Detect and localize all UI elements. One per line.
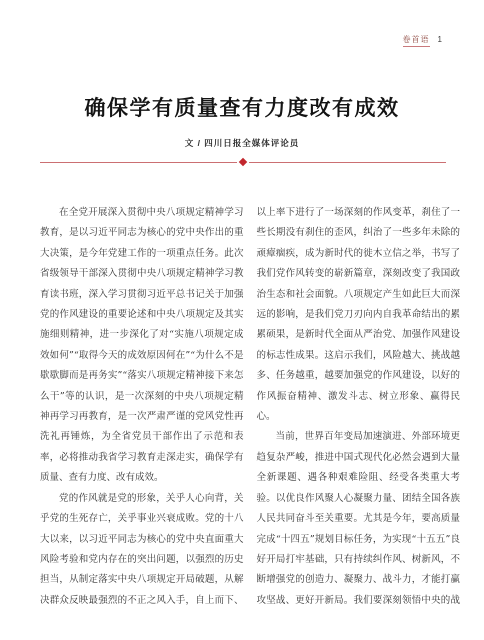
paragraph: 在全党开展深入贯彻中央八项规定精神学习教育，是以习近平同志为核心的党中央作出的重… bbox=[40, 203, 244, 489]
section-label: 卷首语 bbox=[403, 35, 430, 47]
divider-rule-right bbox=[249, 162, 446, 163]
diamond-ornament-icon bbox=[239, 158, 247, 166]
running-head: 卷首语 1 bbox=[403, 35, 442, 47]
magazine-page: 卷首语 1 确保学有质量查有力度改有成效 文 / 四川日报全媒体评论员 在全党开… bbox=[0, 0, 484, 640]
article-title: 确保学有质量查有力度改有成效 bbox=[0, 92, 484, 122]
page-number: 1 bbox=[438, 35, 442, 45]
title-divider bbox=[40, 158, 446, 166]
divider-rule-left bbox=[40, 162, 237, 163]
article-byline: 文 / 四川日报全媒体评论员 bbox=[0, 137, 484, 149]
article-body: 在全党开展深入贯彻中央八项规定精神学习教育，是以习近平同志为核心的党中央作出的重… bbox=[40, 203, 460, 625]
